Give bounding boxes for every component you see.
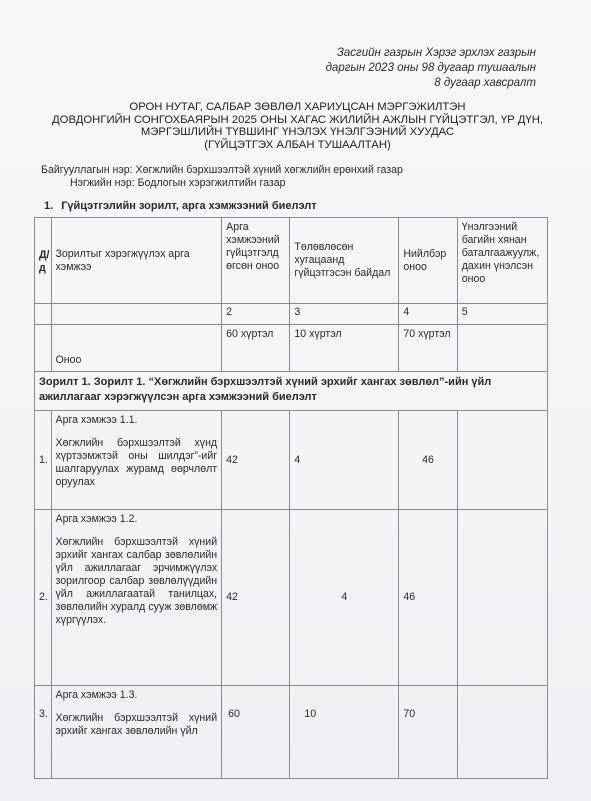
activity-description: Хөгжлийн бэрхшээлтэй хүний эрхийг хангах… (56, 712, 218, 737)
title-line: ДОВДОНГИЙН СОНГОХБАЯРЫН 2025 ОНЫ ХАГАС Ж… (30, 114, 565, 127)
row-number: 1. (35, 411, 52, 510)
reviewed-cell (457, 686, 547, 779)
empty-cell (35, 325, 52, 372)
total-cell: 46 (399, 411, 457, 510)
max-score: 60 хүртэл (222, 325, 290, 372)
goal-title: Зорилт 1. Зорилт 1. “Хөгжлийн бэрхшээлтэ… (35, 372, 548, 411)
header-score: Арга хэмжээний гүйцэтгэлд өгсөн оноо (222, 218, 290, 304)
header-no: Д/д (35, 218, 52, 304)
column-number: 2 (222, 304, 290, 325)
activity-heading: Арга хэмжээ 1.2. (56, 513, 218, 526)
row-number: 2. (35, 510, 52, 686)
timeliness-cell: 4 (290, 510, 399, 686)
row-number: 3. (35, 686, 52, 779)
annex-line: Засгийн газрын Хэрэг эрхлэх газрын (326, 46, 536, 61)
max-total: 70 хүртэл (399, 325, 457, 372)
column-number (35, 304, 52, 325)
total-cell: 70 (399, 686, 457, 779)
header-activity: Зорилтыг хэрэгжүүлэх арга хэмжээ (51, 218, 222, 304)
table-row: 3. Арга хэмжээ 1.3. Хөгжлийн бэрхшээлтэй… (35, 686, 548, 779)
score-cell: 42 (222, 411, 290, 510)
max-reviewed (457, 325, 547, 372)
unit-name: Нэгжийн нэр: Бодлогын хэрэгжилтийн газар (70, 177, 286, 190)
title-line: ОРОН НУТАГ, САЛБАР ЗӨВЛӨЛ ХАРИУЦСАН МЭРГ… (30, 101, 565, 114)
activity-description: Хөгжлийн бэрхшээлтэй хүнд хүртээмжтэй он… (56, 437, 218, 488)
title-line: МЭРГЭШЛИЙН ТҮВШИНГ ҮНЭЛЭХ ҮНЭЛГЭЭНИЙ ХУУ… (30, 126, 565, 139)
document-title: ОРОН НУТАГ, САЛБАР ЗӨВЛӨЛ ХАРИУЦСАН МЭРГ… (30, 101, 565, 151)
activity-description: Хөгжлийн бэрхшээлтэй хүний эрхийг хангах… (56, 536, 218, 626)
reviewed-cell (457, 411, 547, 510)
reviewed-cell (457, 510, 547, 686)
header-reviewed: Үнэлгээний багийн хянан баталгаажуулж, д… (457, 218, 547, 304)
column-number: 5 (457, 304, 547, 325)
activity-heading: Арга хэмжээ 1.3. (56, 689, 218, 702)
performance-table: Д/д Зорилтыг хэрэгжүүлэх арга хэмжээ Арг… (34, 217, 548, 779)
timeliness-cell: 4 (290, 411, 399, 510)
activity-cell: Арга хэмжээ 1.2. Хөгжлийн бэрхшээлтэй хү… (51, 510, 222, 686)
title-line: (ГҮЙЦЭТГЭХ АЛБАН ТУШААЛТАН) (30, 139, 565, 152)
document-page: Засгийн газрын Хэрэг эрхлэх газрын даргы… (0, 0, 591, 801)
column-number: 4 (399, 304, 457, 325)
score-cell: 42 (222, 510, 290, 686)
section-title: Гүйцэтгэлийн зорилт, арга хэмжээний биел… (61, 200, 317, 212)
column-number: 3 (290, 304, 399, 325)
table-row: 2. Арга хэмжээ 1.2. Хөгжлийн бэрхшээлтэй… (35, 510, 548, 686)
annex-line: 8 дугаар хавсралт (326, 76, 536, 91)
max-score-row: Оноо 60 хүртэл 10 хүртэл 70 хүртэл (35, 325, 548, 372)
annex-reference: Засгийн газрын Хэрэг эрхлэх газрын даргы… (326, 46, 536, 91)
column-number (51, 304, 222, 325)
total-cell: 46 (399, 510, 457, 686)
header-timeliness: Төлөвлөсөн хугацаанд гүйцэтгэсэн байдал (290, 218, 399, 304)
annex-line: даргын 2023 оны 98 дугаар тушаалын (326, 61, 536, 76)
column-number-row: 2 3 4 5 (35, 304, 548, 325)
header-row: Д/д Зорилтыг хэрэгжүүлэх арга хэмжээ Арг… (35, 218, 548, 304)
organization-name: Байгууллагын нэр: Хөгжлийн бэрхшээлтэй х… (41, 164, 403, 177)
max-timeliness: 10 хүртэл (290, 325, 399, 372)
activity-cell: Арга хэмжээ 1.1. Хөгжлийн бэрхшээлтэй хү… (51, 411, 222, 510)
activity-heading: Арга хэмжээ 1.1. (56, 414, 218, 427)
timeliness-cell: 10 (290, 686, 399, 779)
table-row: 1. Арга хэмжээ 1.1. Хөгжлийн бэрхшээлтэй… (35, 411, 548, 510)
score-label: Оноо (51, 325, 222, 372)
header-total: Нийлбэр оноо (399, 218, 457, 304)
section-heading: 1.Гүйцэтгэлийн зорилт, арга хэмжээний би… (44, 200, 317, 212)
score-cell: 60 (222, 686, 290, 779)
section-number: 1. (44, 200, 53, 212)
activity-cell: Арга хэмжээ 1.3. Хөгжлийн бэрхшээлтэй хү… (51, 686, 222, 779)
goal-row: Зорилт 1. Зорилт 1. “Хөгжлийн бэрхшээлтэ… (35, 372, 548, 411)
